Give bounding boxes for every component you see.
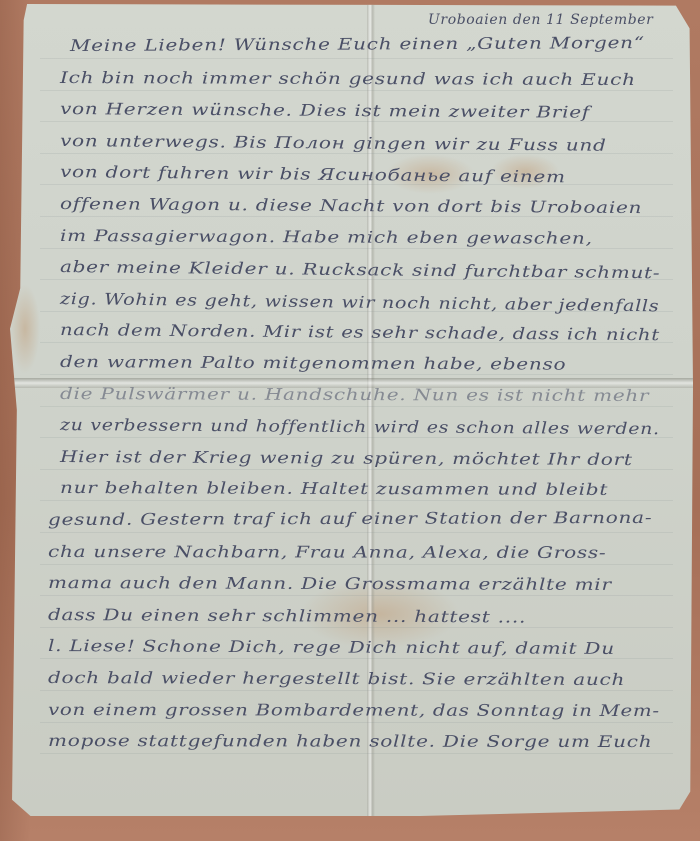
letter-line: offenen Wagon u. diese Nacht von dort bi… — [60, 194, 642, 217]
letter-line: von einem grossen Bombardement, das Sonn… — [48, 700, 660, 720]
letter-line: die Pulswärmer u. Handschuhe. Nun es ist… — [60, 384, 649, 405]
letter-line: doch bald wieder hergestellt bist. Sie e… — [48, 668, 625, 689]
letter-date-header: Uroboaien den 11 September — [428, 12, 653, 28]
letter-line: aber meine Kleider u. Rucksack sind furc… — [60, 257, 661, 282]
letter-line: von dort fuhren wir bis Ясинобанье auf e… — [60, 162, 566, 186]
letter-line: nur behalten bleiben. Haltet zusammen un… — [60, 478, 608, 499]
letter-line: nach dem Norden. Mir ist es sehr schade,… — [60, 320, 660, 344]
letter-line: von Herzen wünsche. Dies ist mein zweite… — [60, 99, 590, 122]
letter-line: cha unsere Nachbarn, Frau Anna, Alexa, d… — [48, 542, 606, 562]
letter-line: zig. Wohin es geht, wissen wir noch nich… — [60, 289, 660, 315]
letter-line: zu verbessern und hoffentlich wird es sc… — [60, 415, 660, 438]
letter-line: mopose stattgefunden haben sollte. Die S… — [48, 731, 652, 751]
letter-line: von unterwegs. Bis Полон gingen wir zu F… — [60, 131, 607, 155]
letter-text: Uroboaien den 11 September Meine Lieben!… — [30, 4, 690, 816]
letter-line: l. Liese! Schone Dich, rege Dich nicht a… — [48, 636, 615, 658]
letter-line: den warmen Palto mitgenommen habe, ebens… — [60, 352, 566, 374]
letter-line: dass Du einen sehr schlimmen ... hattest… — [48, 605, 526, 627]
letter-line: im Passagierwagon. Habe mich eben gewasc… — [60, 226, 593, 248]
letter-line: Hier ist der Krieg wenig zu spüren, möch… — [60, 447, 633, 469]
letter-line: Ich bin noch immer schön gesund was ich … — [60, 68, 636, 89]
letter-line: mama auch den Mann. Die Grossmama erzähl… — [48, 573, 612, 594]
letter-line: Meine Lieben! Wünsche Euch einen „Guten … — [70, 33, 645, 55]
letter-line: gesund. Gestern traf ich auf einer Stati… — [48, 508, 652, 529]
letter-paper: Uroboaien den 11 September Meine Lieben!… — [10, 4, 693, 816]
